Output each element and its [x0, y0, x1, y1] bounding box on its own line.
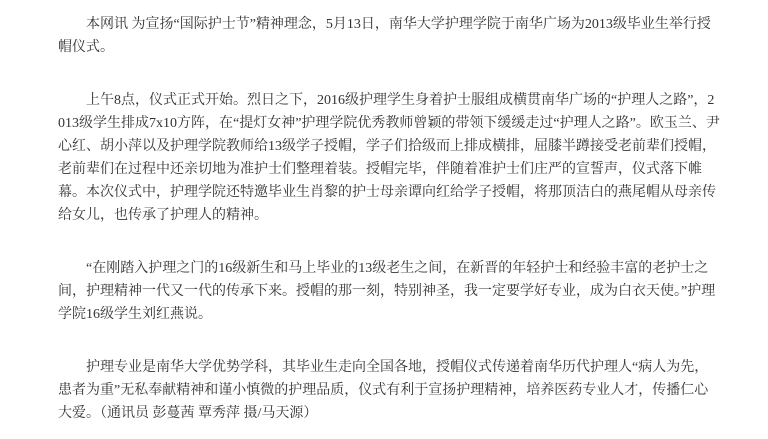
- article-paragraph-ceremony: 上午8点，仪式正式开始。烈日之下，2016级护理学生身着护士服组成横贯南华广场的…: [58, 89, 720, 227]
- news-article-body: 本网讯 为宣扬“国际护士节”精神理念，5月13日，南华大学护理学院于南华广场为2…: [0, 0, 768, 425]
- article-paragraph-lead: 本网讯 为宣扬“国际护士节”精神理念，5月13日，南华大学护理学院于南华广场为2…: [58, 13, 720, 59]
- article-paragraph-quote: “在刚踏入护理之门的16级新生和马上毕业的13级老生之间，在新晋的年轻护士和经验…: [58, 257, 720, 326]
- article-paragraph-closing: 护理专业是南华大学优势学科，其毕业生走向全国各地，授帽仪式传递着南华历代护理人“…: [58, 356, 720, 425]
